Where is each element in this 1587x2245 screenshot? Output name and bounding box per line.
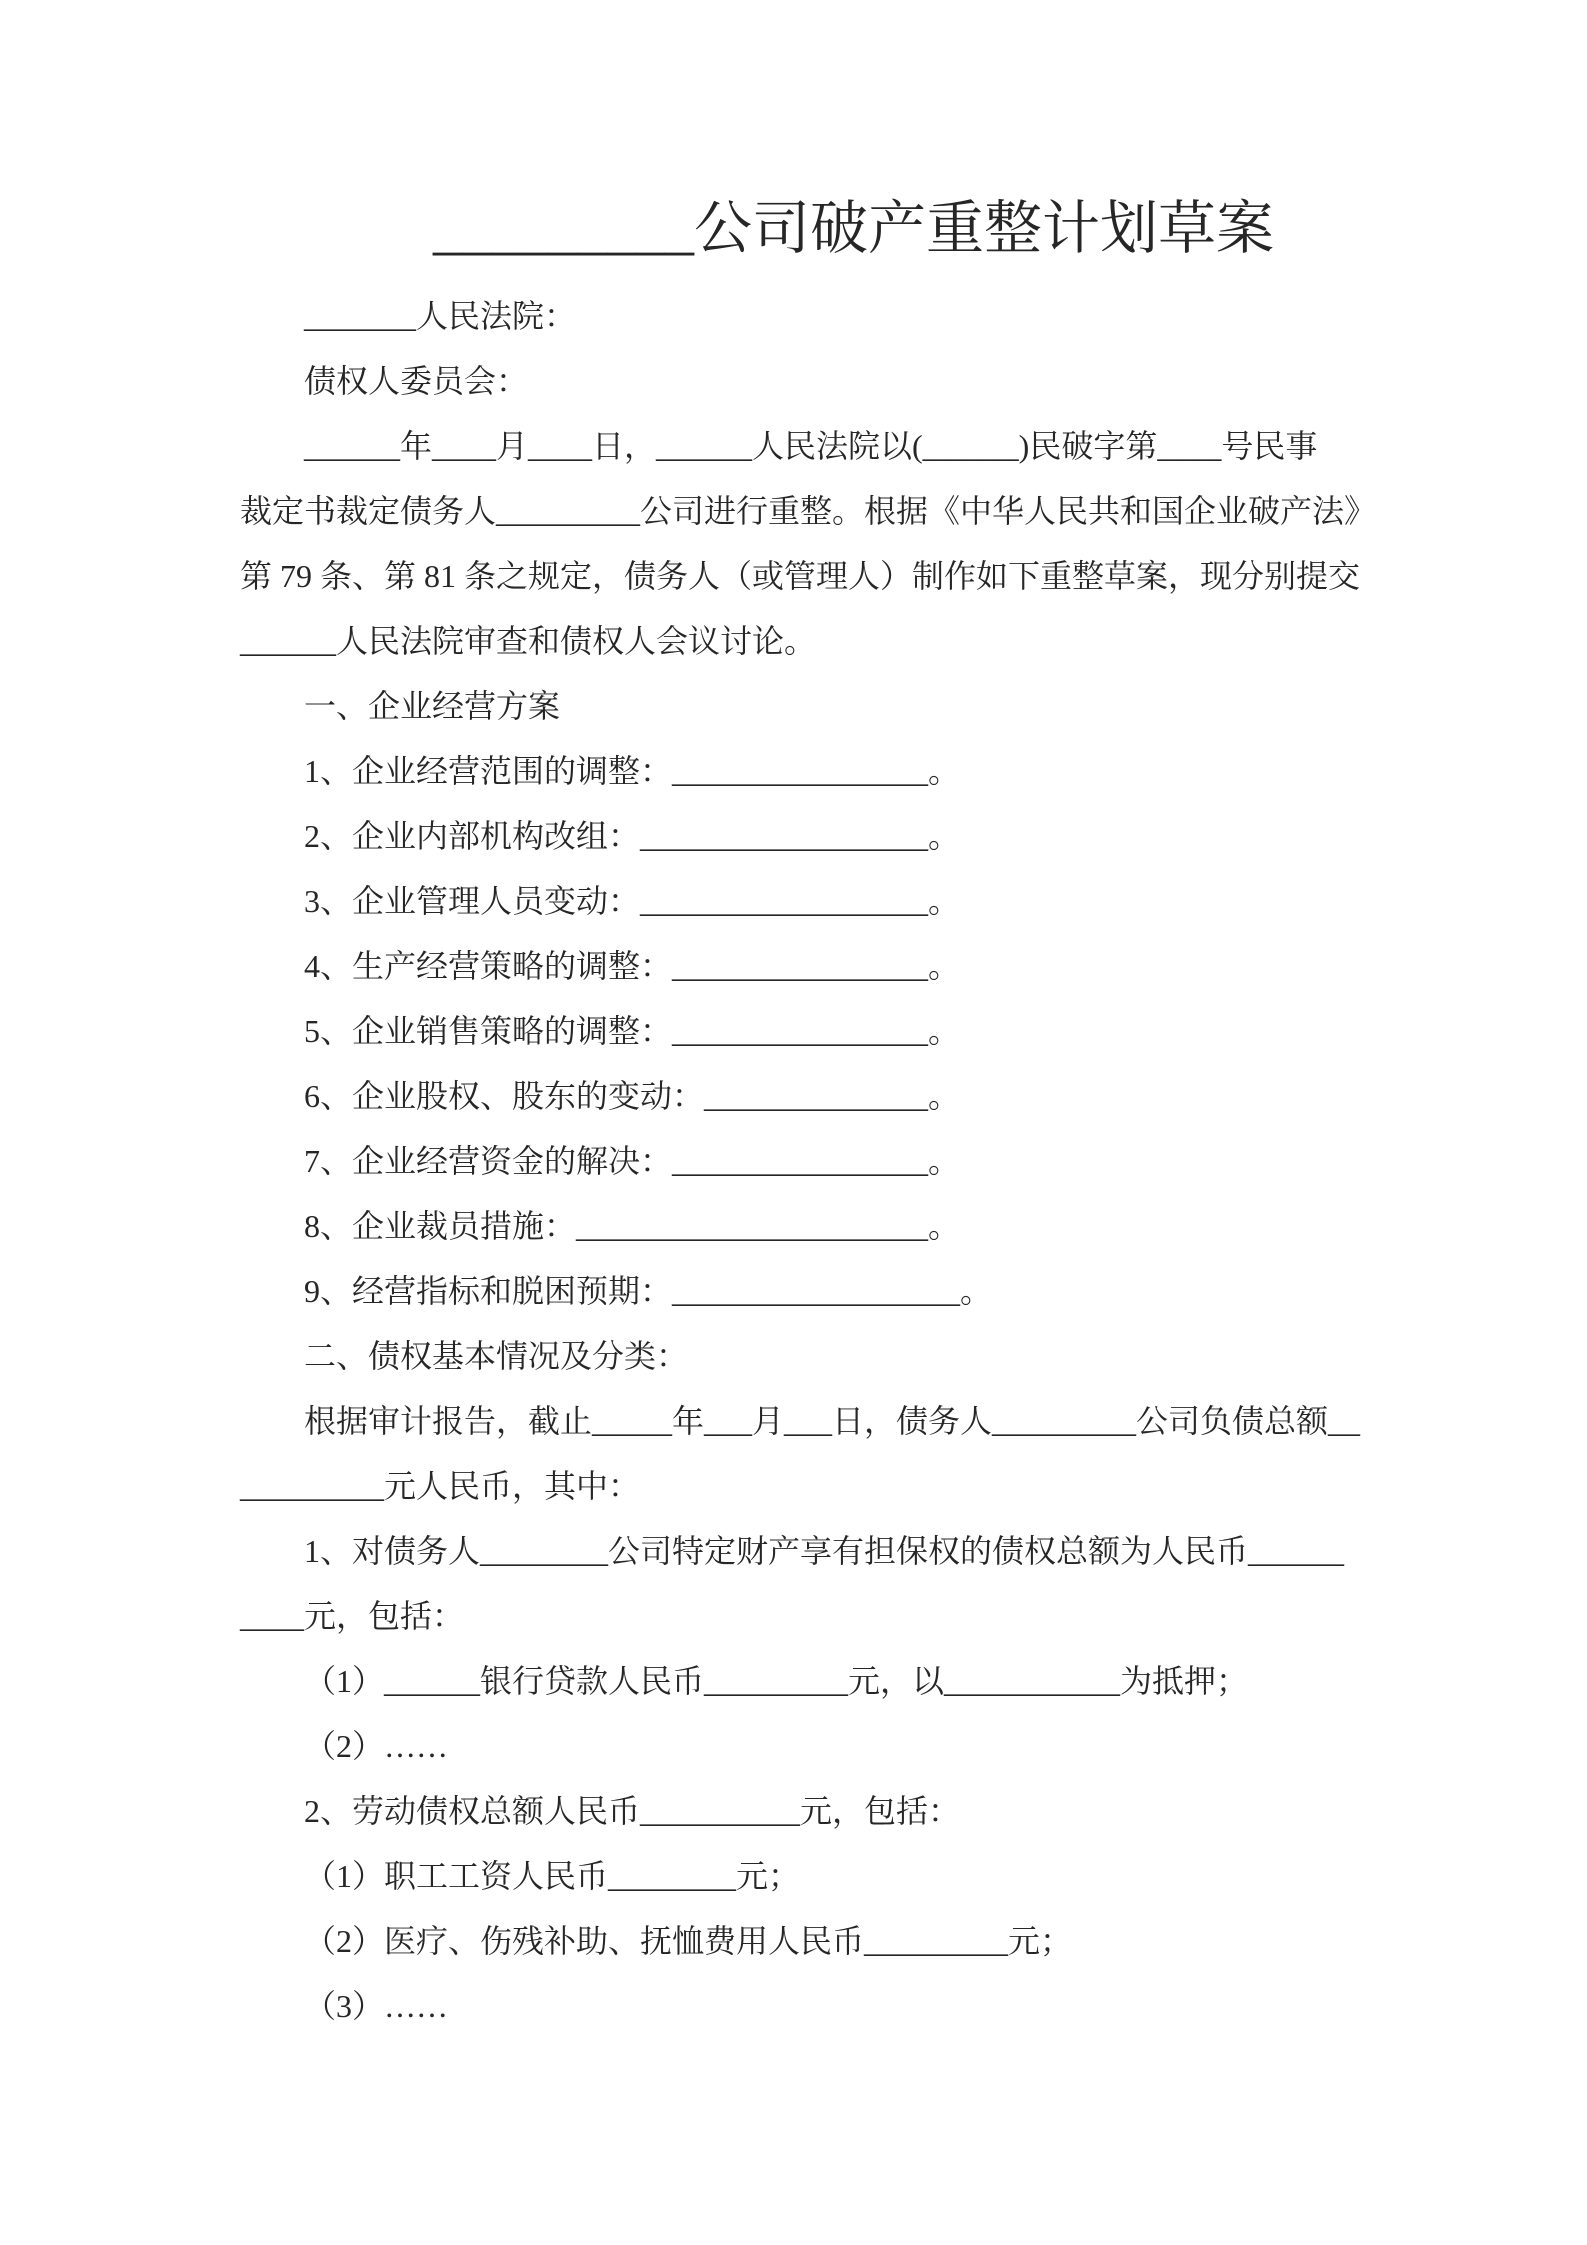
line-audit-continuation: _________元人民币，其中： xyxy=(240,1454,1350,1519)
line-creditors-committee: 债权人委员会： xyxy=(240,349,1350,414)
item-2-internal-restructure: 2、企业内部机构改组：__________________。 xyxy=(240,804,1350,869)
item-1-business-scope: 1、企业经营范围的调整：________________。 xyxy=(240,739,1350,804)
heading-section-2: 二、债权基本情况及分类： xyxy=(240,1324,1350,1389)
subitem-2-medical-benefits: （2）医疗、伤残补助、抚恤费用人民币_________元； xyxy=(240,1909,1350,1974)
heading-section-1: 一、企业经营方案 xyxy=(240,674,1350,739)
item-4-production-strategy: 4、生产经营策略的调整：________________。 xyxy=(240,934,1350,999)
line-submission: ______人民法院审查和债权人会议讨论。 xyxy=(240,609,1350,674)
line-legal-basis: 第 79 条、第 81 条之规定，债务人（或管理人）制作如下重整草案，现分别提交 xyxy=(240,544,1350,609)
item-1-secured-claims: 1、对债务人________公司特定财产享有担保权的债权总额为人民币______ xyxy=(240,1519,1350,1584)
document-page: _________公司破产重整计划草案 _______人民法院： 债权人委员会：… xyxy=(0,0,1587,2245)
line-ruling-date: ______年____月____日，______人民法院以(______)民破字… xyxy=(240,414,1350,479)
line-secured-continuation: ____元，包括： xyxy=(240,1584,1350,1649)
line-court-salutation: _______人民法院： xyxy=(240,284,1350,349)
subitem-1-wages: （1）职工工资人民币________元； xyxy=(240,1844,1350,1909)
item-6-equity-changes: 6、企业股权、股东的变动：______________。 xyxy=(240,1064,1350,1129)
subitem-1-bank-loan: （1）______银行贷款人民币_________元，以___________为… xyxy=(240,1649,1350,1714)
item-3-management-changes: 3、企业管理人员变动：__________________。 xyxy=(240,869,1350,934)
item-9-targets-forecast: 9、经营指标和脱困预期：__________________。 xyxy=(240,1259,1350,1324)
document-body: _______人民法院： 债权人委员会： ______年____月____日，_… xyxy=(240,284,1350,2039)
line-audit-report: 根据审计报告，截止_____年___月___日，债务人_________公司负债… xyxy=(240,1389,1350,1454)
item-8-layoff-measures: 8、企业裁员措施：______________________。 xyxy=(240,1194,1350,1259)
document-title: _________公司破产重整计划草案 xyxy=(0,0,1587,260)
subitem-3-ellipsis: （3）…… xyxy=(240,1974,1350,2039)
item-5-sales-strategy: 5、企业销售策略的调整：________________。 xyxy=(240,999,1350,1064)
item-7-operating-funds: 7、企业经营资金的解决：________________。 xyxy=(240,1129,1350,1194)
subitem-2-ellipsis: （2）…… xyxy=(240,1714,1350,1779)
item-2-labor-claims: 2、劳动债权总额人民币__________元，包括： xyxy=(240,1779,1350,1844)
line-ruling-continuation: 裁定书裁定债务人_________公司进行重整。根据《中华人民共和国企业破产法》 xyxy=(240,479,1350,544)
